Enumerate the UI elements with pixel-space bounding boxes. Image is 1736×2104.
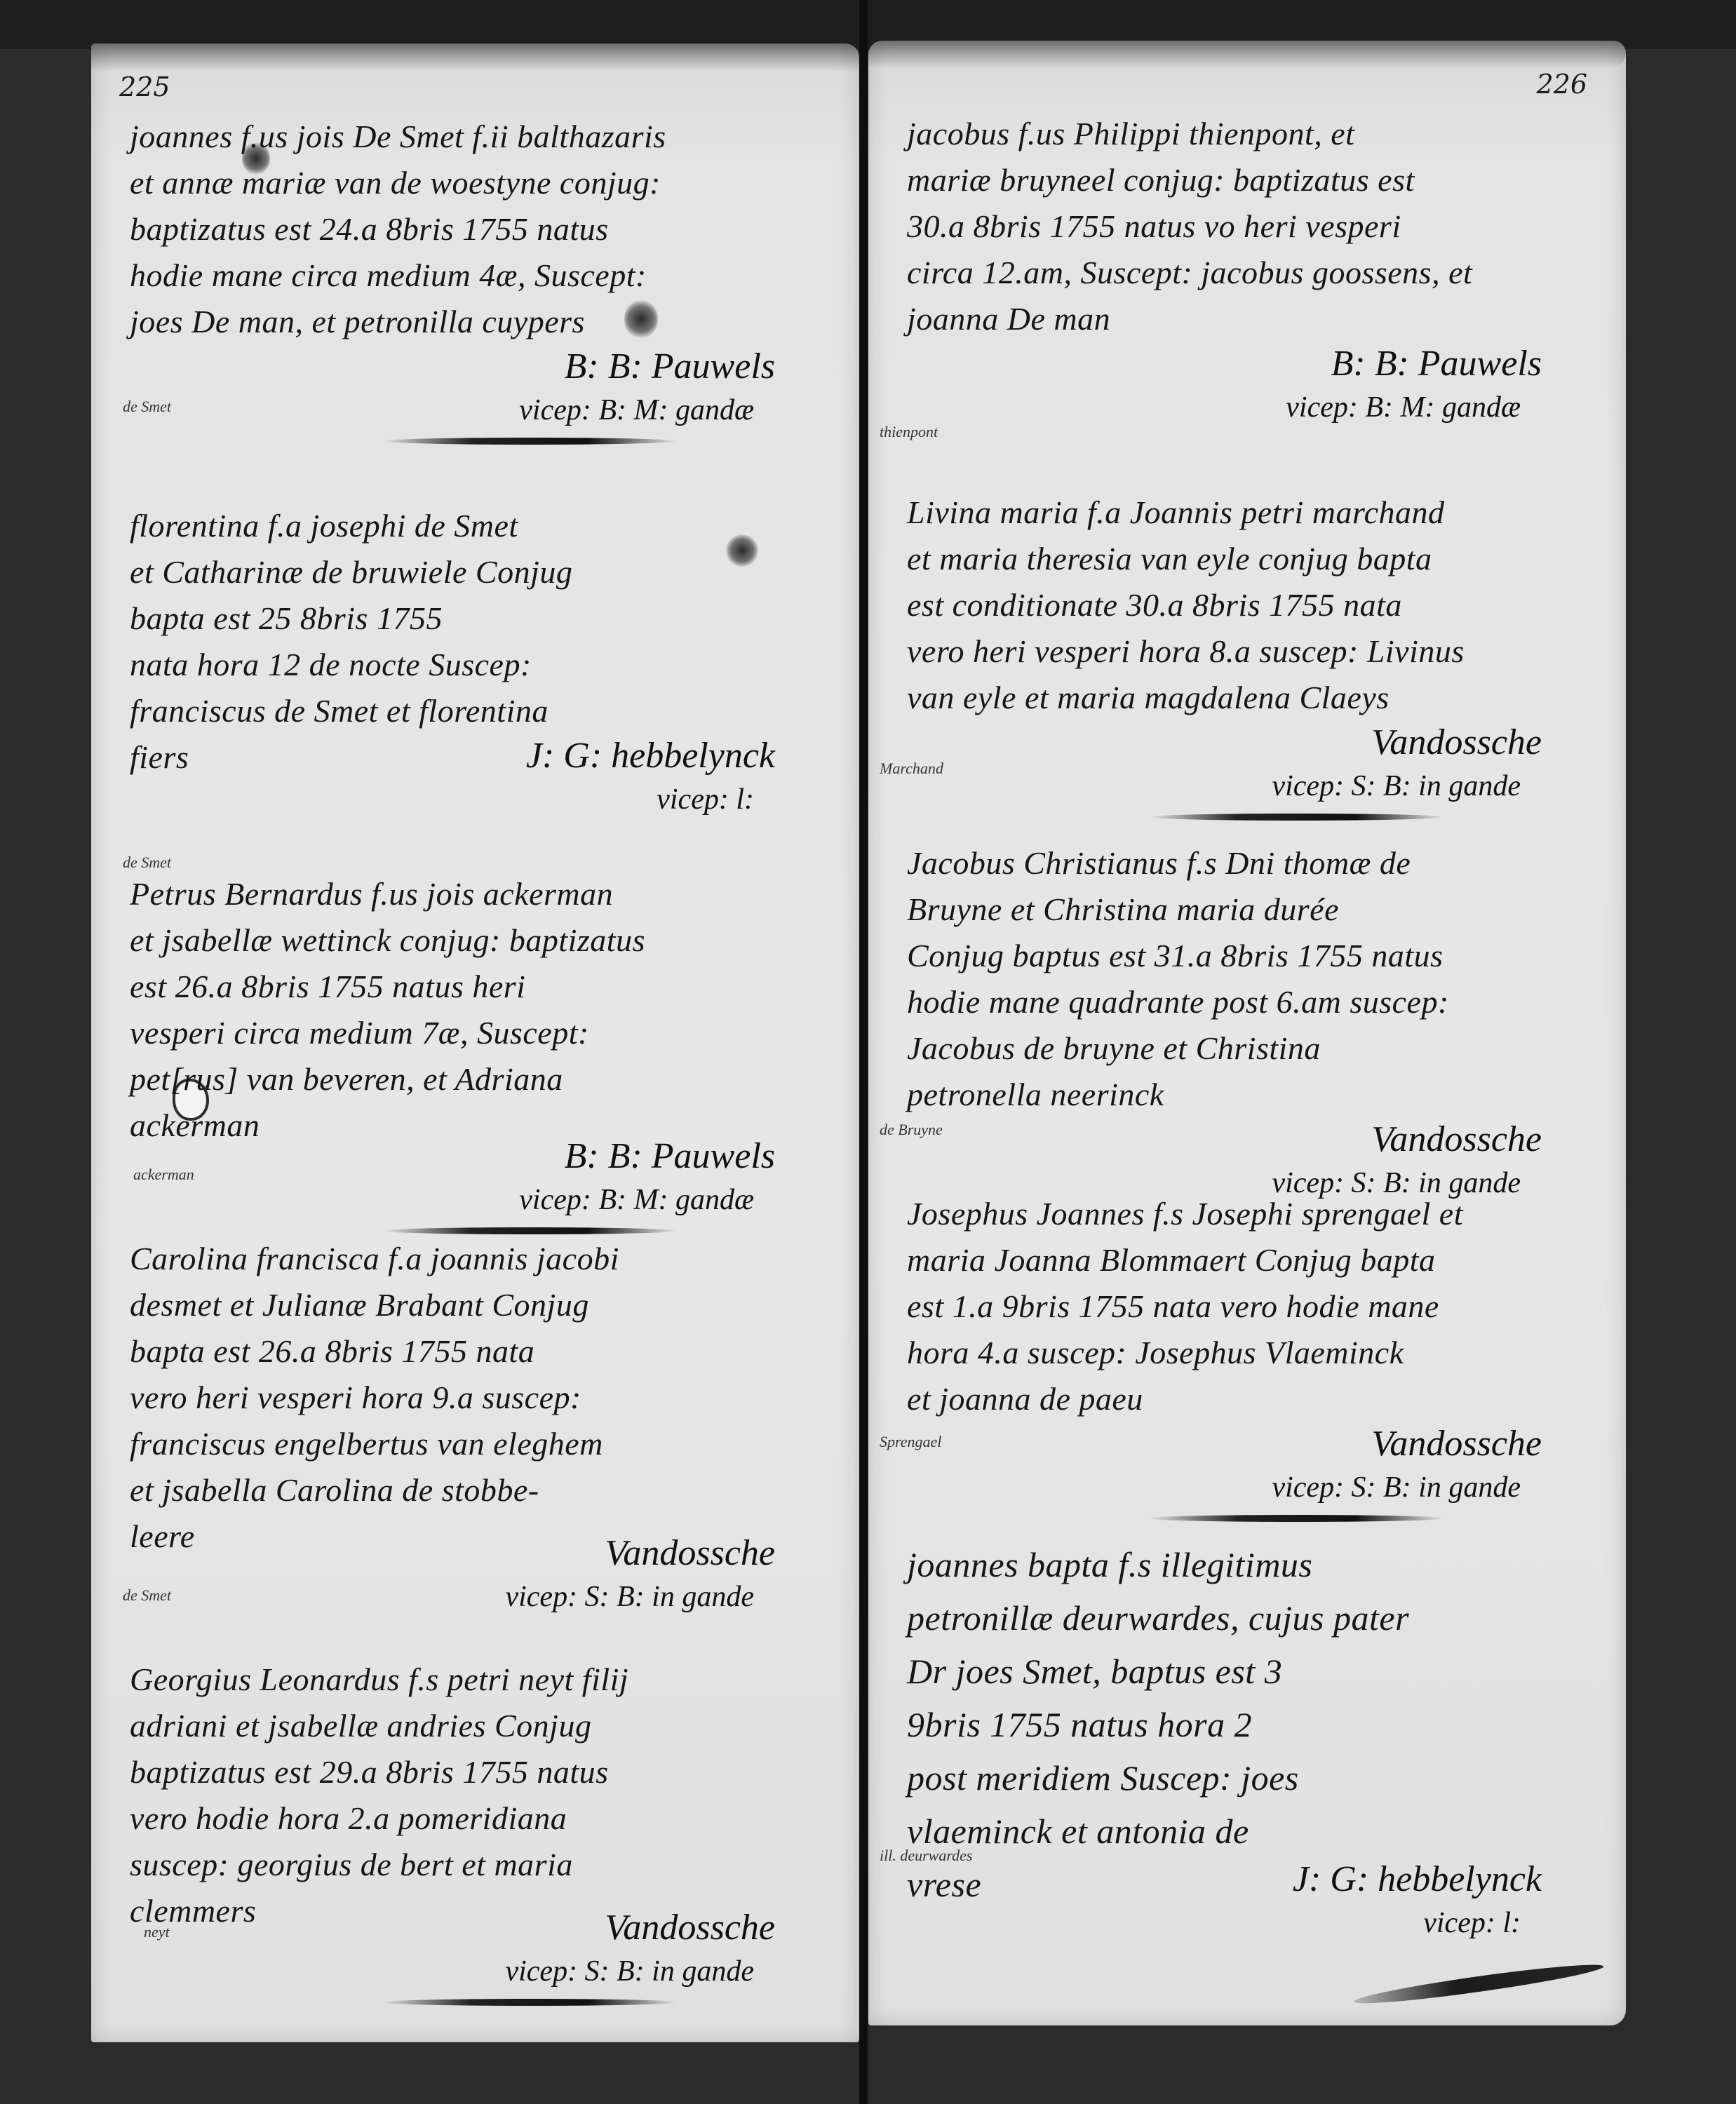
priest-signature: B: B: Pauwels vicep: B: M: gandæ [91,1135,775,1234]
entry-line: vero heri vesperi hora 9.a suscep: [130,1375,817,1421]
entry-line: mariæ bruyneel conjug: baptizatus est [907,157,1584,203]
signature-name: Vandosschе [868,1422,1542,1466]
entry-line: Dr joes Smet, baptus est 3 [907,1645,1584,1698]
entry-line: petronella neerinck [907,1072,1584,1118]
baptism-entry: neyt Georgius Leonardus f.s petri neyt f… [91,1657,859,2006]
ink-stroke [1352,1959,1605,2009]
signature-flourish [382,1227,677,1234]
priest-signature: B: B: Pauwels vicep: B: M: gandæ [91,345,775,445]
entry-line: est 26.a 8bris 1755 natus heri [130,964,817,1010]
entry-line: Bruyne et Christina maria durée [907,886,1584,933]
entry-line: Petrus Bernardus f.us jois ackerman [130,871,817,917]
margin-note-surname: neyt [144,1923,170,1941]
signature-name: B: B: Pauwels [91,345,775,389]
signature-name: B: B: Pauwels [868,342,1542,386]
entry-line: hora 4.a suscep: Josephus Vlaeminck [907,1330,1584,1376]
entry-text: jacobus f.us Philippi thienpont, et mari… [907,111,1584,342]
entry-line: baptizatus est 24.a 8bris 1755 natus [130,206,817,252]
entry-line: Georgius Leonardus f.s petri neyt filij [130,1657,817,1703]
entry-text: joannes f.us jois De Smet f.ii balthazar… [130,114,817,345]
signature-title: vicep: S: B: in gande [868,1466,1521,1509]
entry-text: Carolina francisca f.a joannis jacobi de… [130,1236,817,1560]
entry-text: Josephus Joannes f.s Josephi sprengael e… [907,1191,1584,1422]
entry-line: desmet et Julianæ Brabant Conjug [130,1282,817,1328]
entry-line: et joanna de paeu [907,1376,1584,1422]
entry-line: suscep: georgius de bert et maria [130,1842,817,1888]
margin-note-surname: de Smet [123,398,171,416]
entry-text: Georgius Leonardus f.s petri neyt filij … [130,1657,817,1934]
priest-signature: Vandosschе vicep: S: B: in gande [868,1422,1542,1522]
entry-line: Carolina francisca f.a joannis jacobi [130,1236,817,1282]
baptism-entry: de Smet florentina f.a josephi de Smet e… [91,503,859,821]
signature-title: vicep: S: B: in gande [868,764,1521,808]
entry-line: jacobus f.us Philippi thienpont, et [907,111,1584,157]
entry-line: pet[rus] van beveren, et Adriana [130,1056,817,1102]
entry-line: et Catharinæ de bruwiele Conjug [130,549,817,595]
entry-line: joes De man, et petronilla cuypers [130,299,817,345]
margin-note-surname: de Smet [123,1586,171,1605]
entry-line: Conjug baptus est 31.a 8bris 1755 natus [907,933,1584,979]
book-gutter [859,0,868,2104]
entry-line: vesperi circa medium 7æ, Suscept: [130,1010,817,1056]
margin-note-surname: thienpont [880,423,938,441]
entry-line: baptizatus est 29.a 8bris 1755 natus [130,1749,817,1795]
entry-line: adriani et jsabellæ andries Conjug [130,1703,817,1749]
signature-flourish [382,438,677,445]
entry-line: et maria theresia van eyle conjug bapta [907,536,1584,582]
margin-note-surname: de Smet [123,854,171,872]
margin-note-surname: de Bruyne [880,1121,943,1139]
entry-line: post meridiem Suscep: joes [907,1751,1584,1805]
entry-line: 9bris 1755 natus hora 2 [907,1698,1584,1751]
entry-line: hodie mane quadrante post 6.am suscep: [907,979,1584,1025]
baptism-entry: thienpont jacobus f.us Philippi thienpon… [868,111,1626,429]
entry-line: et annæ mariæ van de woestyne conjug: [130,160,817,206]
entry-line: joannes f.us jois De Smet f.ii balthazar… [130,114,817,160]
entry-line: florentina f.a josephi de Smet [130,503,817,549]
entry-line: Jacobus Christianus f.s Dni thomæ de [907,840,1584,886]
entry-line: Livina maria f.a Joannis petri marchand [907,490,1584,536]
entry-line: franciscus de Smet et florentina [130,688,817,734]
entry-line: vlaeminck et antonia de [907,1805,1584,1858]
entry-line: joannes bapta f.s illegitimus [907,1538,1584,1591]
entry-line: Josephus Joannes f.s Josephi sprengael e… [907,1191,1584,1237]
entry-line: bapta est 26.a 8bris 1755 nata [130,1328,817,1375]
right-page: 226 thienpont jacobus f.us Philippi thie… [868,41,1626,2025]
page-number: 225 [119,72,170,102]
signature-title: vicep: B: M: gandæ [91,389,754,432]
signature-title: vicep: l: [91,778,754,821]
margin-note-surname: ill. deurwardes [880,1847,972,1865]
entry-line: Jacobus de bruyne et Christina [907,1025,1584,1072]
priest-signature: J: G: hebbelynck vicep: l: [91,734,775,821]
entry-line: vero hodie hora 2.a pomeridiana [130,1795,817,1842]
entry-line: 30.a 8bris 1755 natus vo heri vesperi [907,203,1584,250]
entry-line: et jsabellæ wettinck conjug: baptizatus [130,917,817,964]
signature-name: Vandosschе [868,1118,1542,1161]
signature-flourish [382,1999,677,2006]
page-number: 226 [1536,69,1587,100]
baptism-entry: ackerman Petrus Bernardus f.us jois acke… [91,871,859,1234]
signature-flourish [1149,1515,1444,1522]
entry-text: joannes bapta f.s illegitimus petronillæ… [907,1538,1584,1911]
entry-text: Jacobus Christianus f.s Dni thomæ de Bru… [907,840,1584,1118]
left-page: 225 de Smet joannes f.us jois De Smet f.… [91,43,859,2042]
signature-title: vicep: B: M: gandæ [868,386,1521,429]
entry-line: bapta est 25 8bris 1755 [130,595,817,642]
signature-title: vicep: B: M: gandæ [91,1178,754,1222]
baptism-entry: de Smet Carolina francisca f.a joannis j… [91,1236,859,1619]
entry-text: Livina maria f.a Joannis petri marchand … [907,490,1584,721]
baptism-entry: Sprengael Josephus Joannes f.s Josephi s… [868,1191,1626,1522]
entry-line: hodie mane circa medium 4æ, Suscept: [130,252,817,299]
signature-name: Vandosschе [868,721,1542,764]
margin-note-surname: ackerman [133,1166,194,1184]
baptism-entry: de Bruyne Jacobus Christianus f.s Dni th… [868,840,1626,1205]
entry-text: Petrus Bernardus f.us jois ackerman et j… [130,871,817,1149]
baptism-entry: Marchand Livina maria f.a Joannis petri … [868,490,1626,821]
entry-line: franciscus engelbertus van eleghem [130,1421,817,1467]
signature-title: vicep: S: B: in gande [91,1950,754,1993]
entry-line: nata hora 12 de nocte Suscep: [130,642,817,688]
signature-name: J: G: hebbelynck [91,734,775,778]
entry-line: maria Joanna Blommaert Conjug bapta [907,1237,1584,1283]
signature-title: vicep: S: B: in gande [91,1575,754,1619]
entry-line: et jsabella Carolina de stobbe- [130,1467,817,1513]
margin-note-surname: Marchand [880,760,943,778]
baptism-entry: ill. deurwardes joannes bapta f.s illegi… [868,1538,1626,1945]
entry-line: van eyle et maria magdalena Claeys [907,675,1584,721]
entry-line: circa 12.am, Suscept: jacobus goossens, … [907,250,1584,296]
entry-line: est 1.a 9bris 1755 nata vero hodie mane [907,1283,1584,1330]
baptism-entry: de Smet joannes f.us jois De Smet f.ii b… [91,114,859,445]
entry-line: joanna De man [907,296,1584,342]
priest-signature: B: B: Pauwels vicep: B: M: gandæ [868,342,1542,429]
margin-note-surname: Sprengael [880,1433,941,1451]
entry-line: est conditionate 30.a 8bris 1755 nata [907,582,1584,628]
priest-signature: Vandosschе vicep: S: B: in gande [868,721,1542,821]
signature-flourish [1149,814,1444,821]
entry-line: vero heri vesperi hora 8.a suscep: Livin… [907,628,1584,675]
entry-line: petronillæ deurwardes, cujus pater [907,1591,1584,1645]
